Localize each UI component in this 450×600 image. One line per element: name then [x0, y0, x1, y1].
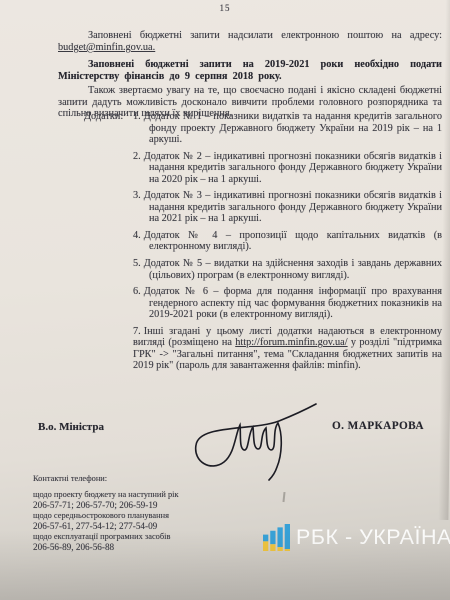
attachment-text: Додаток № 6 – форма для подання інформац… — [144, 286, 442, 320]
contact-phones-2: 206-57-61, 277-54-12; 277-54-09 — [33, 521, 243, 531]
paragraph-email-instruction-text: Заповнені бюджетні запити надсилати елек… — [88, 30, 442, 41]
rbc-ukraine-logo-icon — [263, 524, 290, 551]
attachment-text: Додаток № 4 – пропозиції щодо капітальни… — [144, 230, 442, 253]
contact-label-3: щодо експлуатації програмних засобів — [33, 532, 243, 542]
attachment-item-2: 2.Додаток № 2 – індикативні прогнозні по… — [133, 151, 442, 186]
attachment-number: 3. — [133, 190, 144, 201]
scanned-letter-photo: 15 Заповнені бюджетні запити надсилати е… — [0, 0, 450, 600]
attachment-number: 4. — [133, 230, 144, 241]
contact-phones-3: 206-56-89, 206-56-88 — [33, 542, 243, 552]
attachment-number: 5. — [133, 258, 144, 269]
signer-position-title: В.о. Міністра — [38, 421, 104, 433]
attachment-text: Додаток № 3 – індикативні прогнозні пока… — [144, 190, 442, 224]
attachment-text: Додаток № 1 – показники видатків та нада… — [144, 111, 442, 145]
forum-link[interactable]: http://forum.minfin.gov.ua/ — [235, 337, 347, 348]
signer-name: О. МАРКАРОВА — [332, 420, 424, 432]
attachments-list: 1.Додаток № 1 – показники видатків та на… — [133, 111, 442, 372]
attachment-number: 6. — [133, 286, 144, 297]
handwritten-signature — [183, 388, 318, 483]
contact-label-1: щодо проекту бюджету на наступний рік — [33, 490, 243, 500]
attachment-text: Додаток № 5 – видатки на здійснення захо… — [144, 258, 442, 281]
attachments-section: Додатки: 1.Додаток № 1 – показники видат… — [58, 111, 442, 377]
attachment-number: 1. — [133, 111, 144, 122]
attachment-item-3: 3.Додаток № 3 – індикативні прогнозні по… — [133, 190, 442, 225]
attachment-text: Додаток № 2 – індикативні прогнозні пока… — [144, 151, 442, 185]
attachment-item-1: 1.Додаток № 1 – показники видатків та на… — [133, 111, 442, 146]
attachment-number: 7. — [133, 326, 144, 337]
contact-phones-1: 206-57-71; 206-57-70; 206-59-19 — [33, 500, 243, 510]
contacts-section: Контактні телефони: щодо проекту бюджету… — [33, 474, 243, 553]
watermark-text: РБК - УКРАЇНА — [296, 525, 450, 550]
attachments-label: Додатки: — [84, 111, 123, 122]
rbc-ukraine-watermark: РБК - УКРАЇНА — [263, 518, 448, 556]
attachment-item-6: 6.Додаток № 6 – форма для подання інформ… — [133, 286, 442, 321]
page-number: 15 — [0, 3, 450, 13]
email-link[interactable]: budget@minfin.gov.ua. — [58, 42, 155, 53]
contact-label-2: щодо середньострокового планування — [33, 511, 243, 521]
attachment-number: 2. — [133, 151, 144, 162]
attachment-item-7: 7.Інші згадані у цьому листі додатки над… — [133, 326, 442, 372]
contacts-title: Контактні телефони: — [33, 474, 243, 483]
paragraph-deadline: Заповнені бюджетні запити на 2019-2021 р… — [58, 59, 442, 82]
attachment-item-4: 4.Додаток № 4 – пропозиції щодо капіталь… — [133, 230, 442, 253]
paragraph-email-instruction: Заповнені бюджетні запити надсилати елек… — [58, 30, 442, 53]
attachment-item-5: 5.Додаток № 5 – видатки на здійснення за… — [133, 258, 442, 281]
paper-crease-mark — [282, 492, 285, 502]
